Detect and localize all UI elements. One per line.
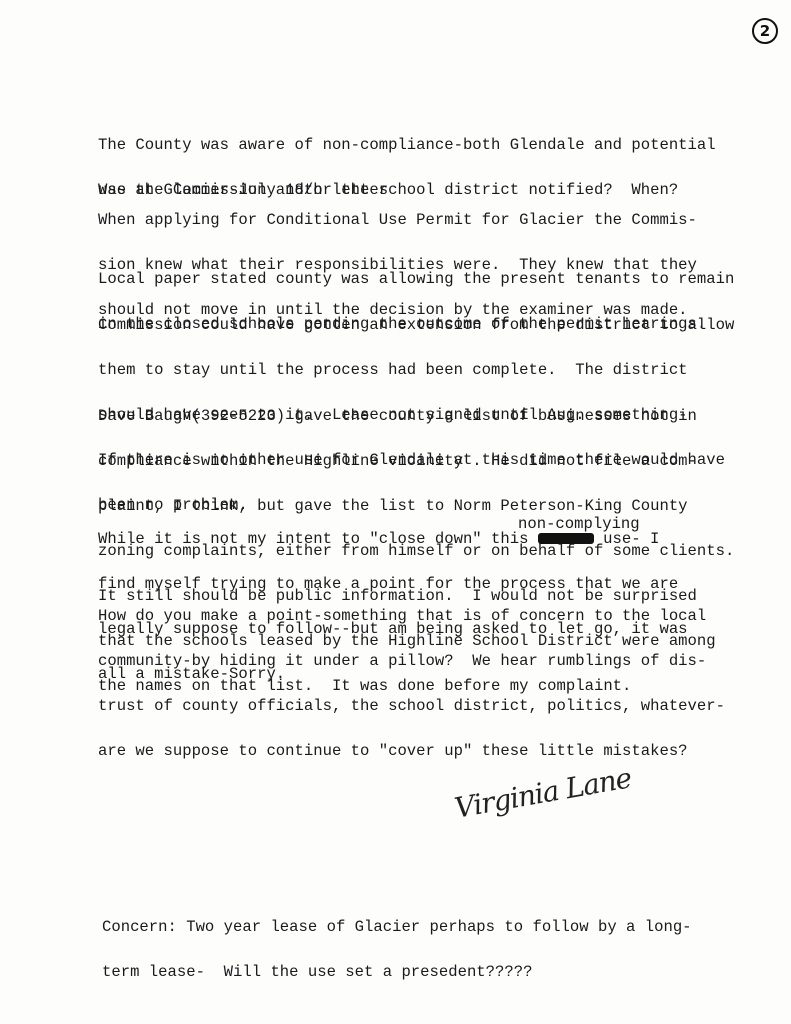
signature-text: Virginia Lane <box>452 761 633 824</box>
text-line: How do you make a point-something that i… <box>98 609 725 624</box>
text-line: compliance within the Highline vicinity … <box>98 454 734 469</box>
text-line: Dave Baugh(392-5223) gave the county a l… <box>98 409 734 424</box>
text-line: Concern: Two year lease of Glacier perha… <box>102 920 692 935</box>
redaction-mark <box>538 533 594 544</box>
text-fragment: While it is not my intent to "close down… <box>98 530 538 548</box>
footer-concern-note: Concern: Two year lease of Glacier perha… <box>102 890 692 1010</box>
text-line: Local paper stated county was allowing t… <box>98 272 734 287</box>
paragraph-pillow: How do you make a point-something that i… <box>98 579 725 789</box>
document-page: 2 The County was aware of non-compliance… <box>0 0 791 1024</box>
text-line: Commission could have gotten an extensio… <box>98 318 734 333</box>
text-line: The County was aware of non-compliance-b… <box>98 138 716 153</box>
signature: Virginia Lane <box>445 770 665 845</box>
text-line: While it is not my intent to "close down… <box>98 532 688 547</box>
page-number: 2 <box>752 18 778 44</box>
text-line: When applying for Conditional Use Permit… <box>98 213 697 228</box>
text-line: them to stay until the process had been … <box>98 363 734 378</box>
text-line: community-by hiding it under a pillow? W… <box>98 654 725 669</box>
text-line: term lease- Will the use set a presedent… <box>102 965 692 980</box>
text-line: trust of county officials, the school di… <box>98 699 725 714</box>
text-fragment: use- I <box>594 530 660 548</box>
text-line: are we suppose to continue to "cover up"… <box>98 744 725 759</box>
